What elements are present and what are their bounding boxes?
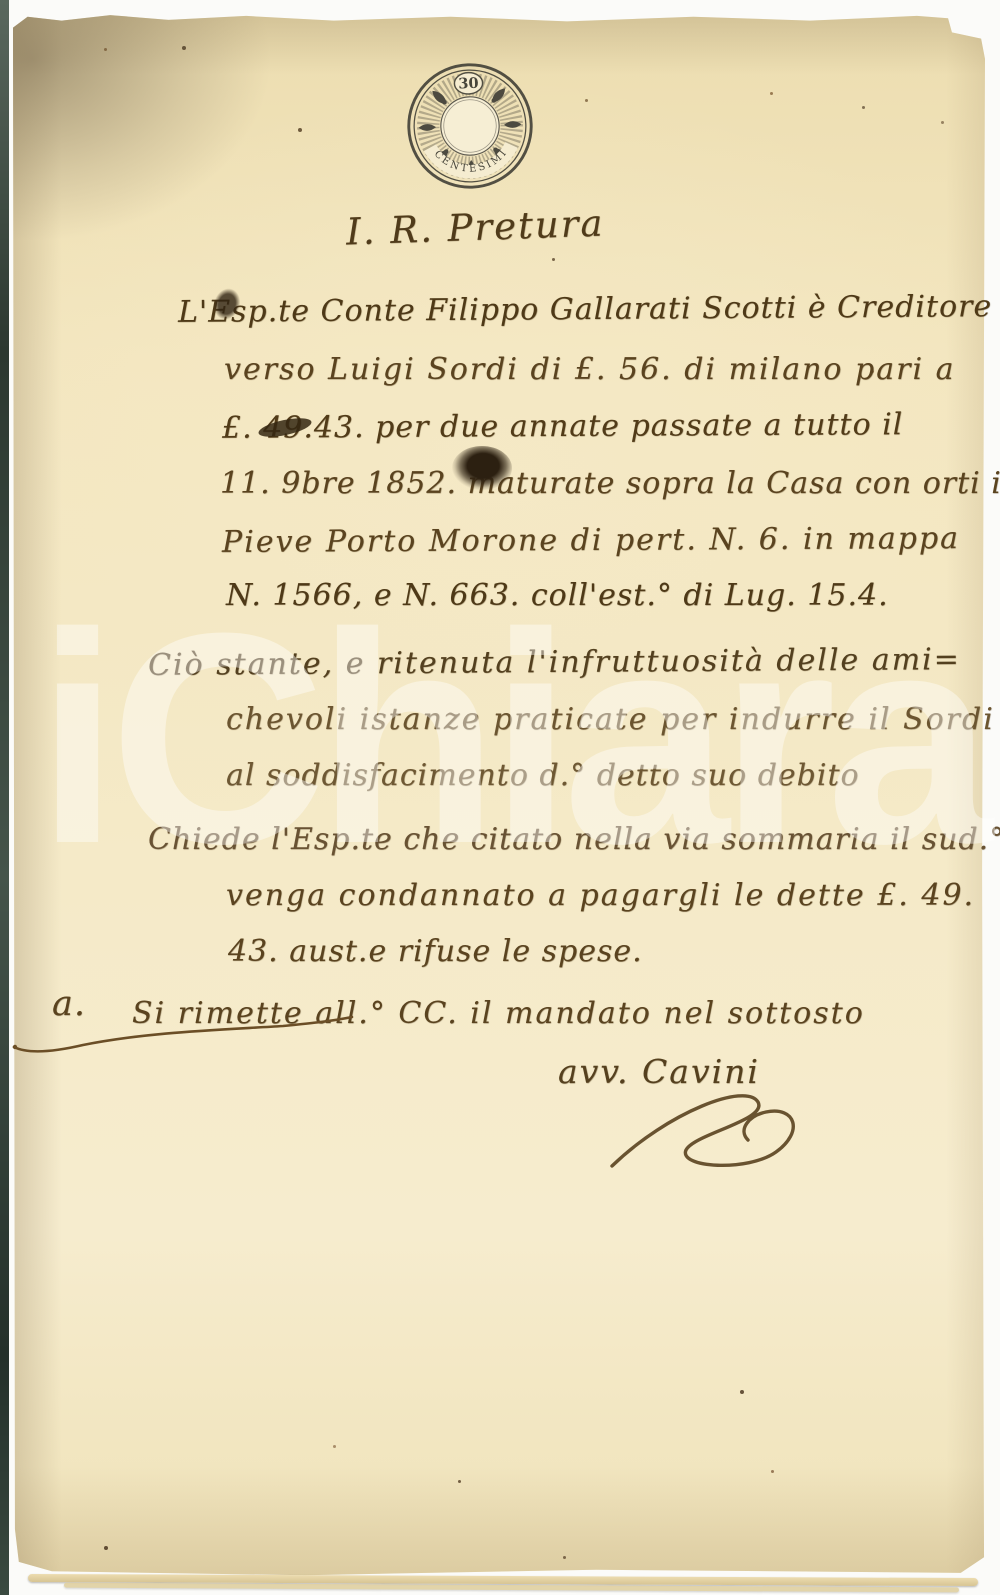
foxing-speck bbox=[182, 46, 186, 50]
manuscript-line: Ciò stante, e ritenuta l'infruttuosità d… bbox=[148, 642, 961, 683]
manuscript-line: Chiede l'Esp.te che citato nella via som… bbox=[148, 822, 1000, 857]
foxing-speck bbox=[771, 1470, 774, 1473]
foxing-speck bbox=[104, 1546, 108, 1550]
manuscript-line: al soddisfacimento d.° detto suo debito bbox=[226, 758, 860, 793]
foxing-speck bbox=[333, 1445, 336, 1448]
manuscript-line: N. 1566, e N. 663. coll'est.° di Lug. 15… bbox=[226, 578, 889, 613]
manuscript-line: 11. 9bre 1852. maturate sopra la Casa co… bbox=[220, 466, 1000, 501]
manuscript-line: 43. aust.e rifuse le spese. bbox=[228, 934, 643, 969]
document-heading: I. R. Pretura bbox=[345, 202, 605, 254]
stamp-value: 30 bbox=[458, 75, 479, 93]
foxing-speck bbox=[770, 92, 773, 95]
manuscript-line: Pieve Porto Morone di pert. N. 6. in map… bbox=[222, 521, 960, 560]
foxing-speck bbox=[298, 128, 302, 132]
margin-note-underline bbox=[8, 1014, 358, 1054]
revenue-stamp: 30 CENTESIMI bbox=[400, 56, 541, 197]
scanned-manuscript: 30 CENTESIMI I. R. Pretura L'Esp.te Cont… bbox=[0, 0, 1000, 1595]
manuscript-line: chevoli istanze praticate per indurre il… bbox=[226, 702, 995, 737]
manuscript-line: verso Luigi Sordi di £. 56. di milano pa… bbox=[224, 352, 955, 387]
foxing-speck bbox=[552, 258, 555, 261]
manuscript-line: venga condannato a pagargli le dette £. … bbox=[226, 878, 975, 913]
scanner-edge-strip bbox=[0, 0, 9, 1595]
ink-blot bbox=[452, 446, 512, 490]
foxing-speck bbox=[941, 121, 944, 124]
foxing-speck bbox=[563, 1556, 566, 1559]
foxing-speck bbox=[458, 1480, 461, 1483]
manuscript-line: L'Esp.te Conte Filippo Gallarati Scotti … bbox=[178, 289, 992, 330]
foxing-speck bbox=[104, 48, 107, 51]
foxing-speck bbox=[585, 99, 588, 102]
signature-flourish bbox=[598, 1078, 828, 1178]
foxing-speck bbox=[740, 1390, 744, 1394]
manuscript-line: £. 49.43. per due annate passate a tutto… bbox=[222, 407, 904, 446]
foxing-speck bbox=[862, 106, 865, 109]
